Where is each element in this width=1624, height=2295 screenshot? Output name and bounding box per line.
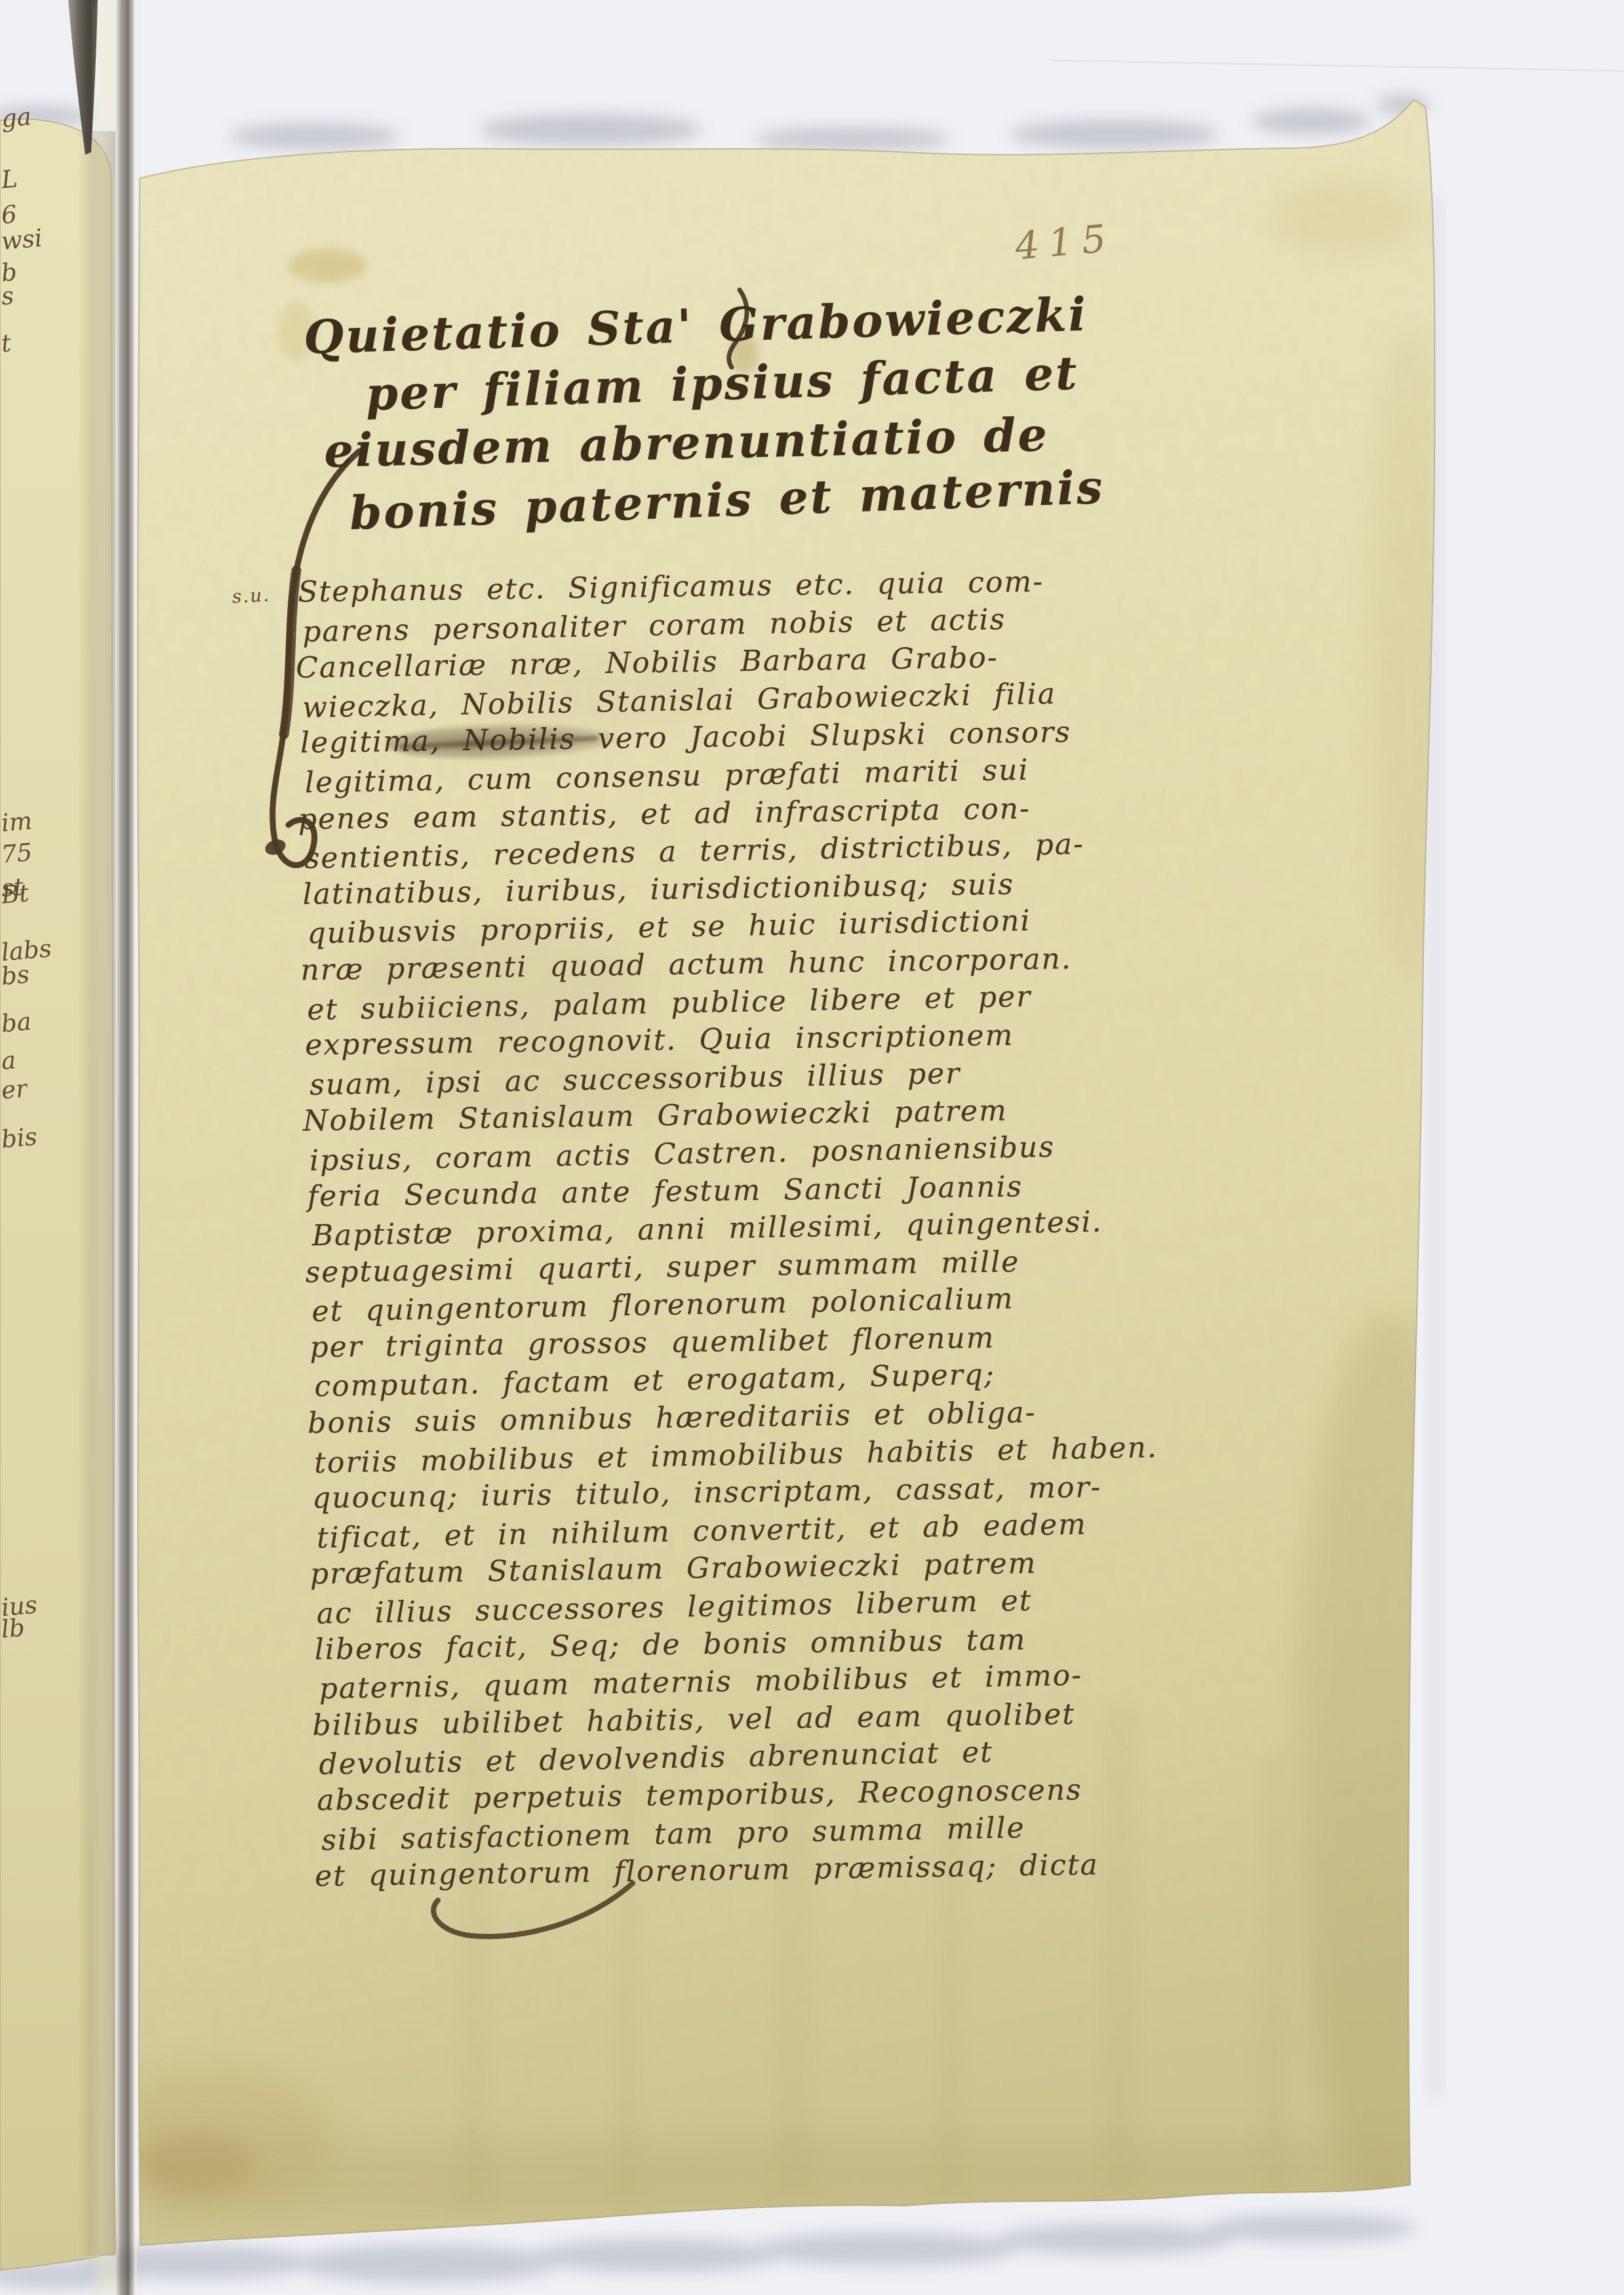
left-page-fragment: ga (0, 102, 32, 133)
left-page-fragment: er (0, 1074, 28, 1104)
left-page-fragment: 6 (0, 200, 18, 229)
left-page-fragment: ba (0, 1007, 32, 1038)
left-page-fragment: L (0, 165, 18, 194)
heading: Quietatio Sta' Grabowieczkiper filiam ip… (303, 285, 1105, 542)
left-page-fragment: im (0, 807, 33, 837)
left-page-fragment: 75 (0, 838, 33, 869)
marginal-note: s.u. (231, 584, 271, 607)
left-page-fragment: lb (0, 1614, 26, 1644)
left-page-fragment: bs (0, 960, 30, 991)
left-page-fragment: s (0, 281, 15, 310)
left-page-text-fragments: gaL6wsibstim75stBtlabsbsbaaerbisiuslb (0, 0, 79, 2295)
left-page-fragment: wsi (0, 224, 43, 255)
manuscript-photo: 415 Quietatio Sta' Grabowieczkiper filia… (0, 0, 1624, 2295)
left-page-fragment: Bt (0, 879, 30, 909)
folio-number: 415 (1014, 218, 1117, 265)
left-page-fragment: bis (0, 1123, 38, 1154)
left-page-fragment: t (0, 329, 12, 357)
body-text: Stephanus etc. Significamus etc. quia co… (296, 559, 1300, 1896)
left-page-fragment: a (0, 1046, 17, 1075)
plexiglass-strip (92, 0, 141, 2295)
